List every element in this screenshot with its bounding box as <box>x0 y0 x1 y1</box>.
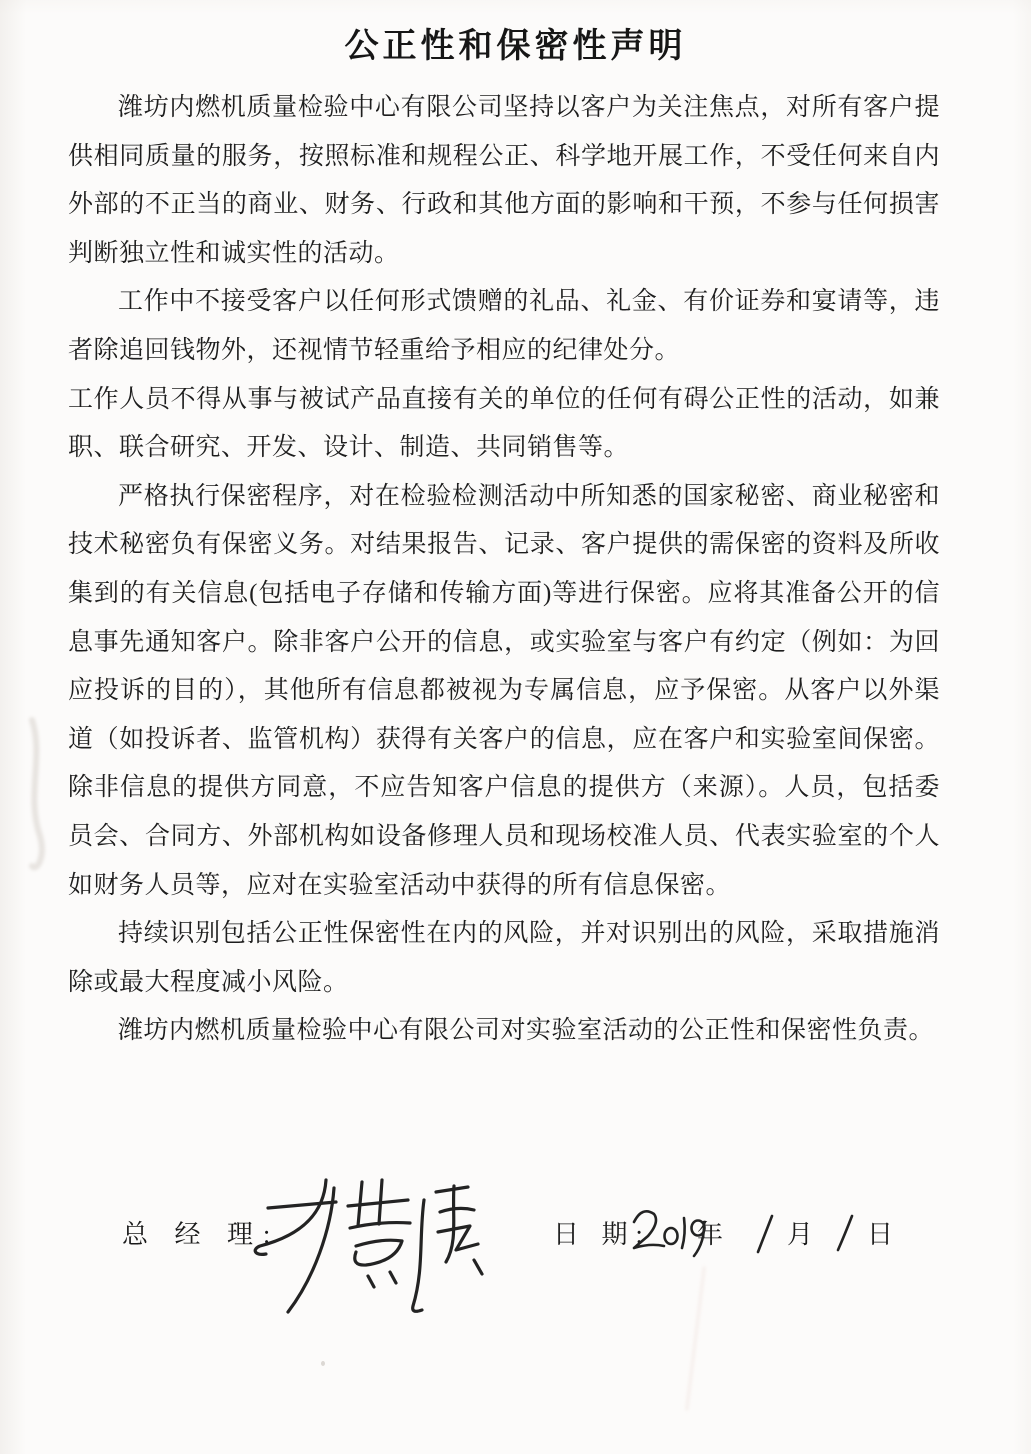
document-body: 潍坊内燃机质量检验中心有限公司坚持以客户为关注焦点，对所有客户提供相同质量的服务… <box>68 84 940 1056</box>
paragraph-staff-restrictions: 工作人员不得从事与被试产品直接有关的单位的任何有碍公正性的活动，如兼职、联合研究… <box>68 376 940 473</box>
general-manager-label: 总 经 理: <box>122 1214 280 1251</box>
date-label: 日 期: <box>553 1214 651 1251</box>
paragraph-risk: 持续识别包括公正性保密性在内的风险，并对识别出的风险，采取措施消除或最大程度减小… <box>68 910 940 1007</box>
scan-speck-artifact <box>321 1361 325 1366</box>
paragraph-gifts: 工作中不接受客户以任何形式馈赠的礼品、礼金、有价证券和宴请等，违者除追回钱物外，… <box>68 278 940 375</box>
paragraph-responsibility: 潍坊内燃机质量检验中心有限公司对实验室活动的公正性和保密性负责。 <box>68 1007 940 1056</box>
page-title: 公正性和保密性声明 <box>0 18 1031 67</box>
year-suffix: 年 <box>697 1214 723 1251</box>
handwritten-day <box>838 1216 852 1250</box>
scan-streak-artifact <box>685 1266 706 1410</box>
month-suffix: 月 <box>787 1214 813 1251</box>
signature-scribble-icon <box>255 1180 482 1312</box>
paragraph-impartiality: 潍坊内燃机质量检验中心有限公司坚持以客户为关注焦点，对所有客户提供相同质量的服务… <box>68 84 940 278</box>
day-suffix: 日 <box>867 1214 893 1251</box>
paragraph-confidentiality: 严格执行保密程序，对在检验检测活动中所知悉的国家秘密、商业秘密和技术秘密负有保密… <box>68 473 940 910</box>
handwritten-month <box>758 1216 772 1252</box>
